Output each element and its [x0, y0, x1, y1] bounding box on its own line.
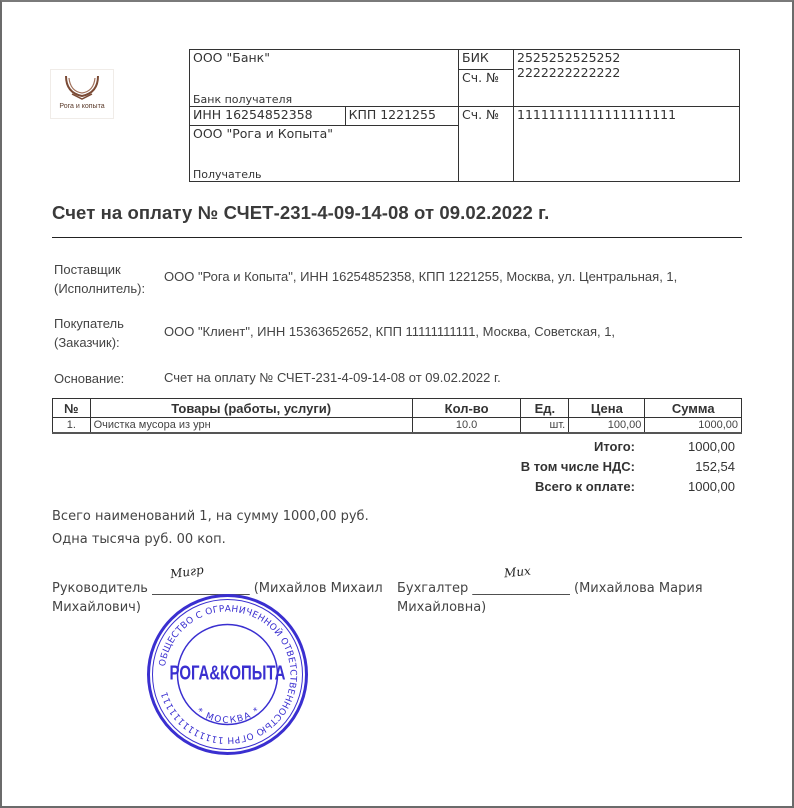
bik-value: 2525252525252	[517, 50, 736, 65]
bank-account-value: 2222222222222	[517, 65, 736, 80]
col-number: №	[53, 399, 91, 418]
buyer-label: Покупатель (Заказчик):	[54, 314, 124, 352]
accountant-name-2: Михайловна)	[397, 600, 486, 615]
svg-text:* МОСКВА *: * МОСКВА *	[195, 705, 263, 726]
col-goods: Товары (работы, услуги)	[90, 399, 412, 418]
total-row: Итого: 1000,00	[435, 436, 735, 456]
recipient-name: ООО "Рога и Копыта"	[190, 126, 459, 164]
buyer-value: ООО "Клиент", ИНН 15363652652, КПП 11111…	[164, 324, 615, 339]
col-unit: Ед.	[521, 399, 569, 418]
col-price: Цена	[569, 399, 645, 418]
stamp-bottom-text: * МОСКВА *	[195, 705, 263, 726]
recipient-label: Получатель	[190, 164, 459, 182]
vat-label: В том числе НДС:	[435, 459, 635, 474]
totals-block: Итого: 1000,00 В том числе НДС: 152,54 В…	[435, 436, 735, 496]
accountant-line: _______________	[472, 581, 570, 596]
recipient-inn: ИНН 16254852358	[190, 107, 346, 126]
bank-label: Банк получателя	[190, 90, 459, 107]
bik-label: БИК	[459, 50, 514, 70]
director-label: Руководитель	[52, 581, 148, 596]
recipient-account-label: Сч. №	[459, 107, 514, 182]
logo-text: Рога и копыта	[51, 103, 113, 110]
accountant-label: Бухгалтер	[397, 581, 468, 596]
title-divider	[52, 237, 742, 238]
total-value: 1000,00	[635, 439, 735, 454]
due-label: Всего к оплате:	[435, 479, 635, 494]
goods-table-header: № Товары (работы, услуги) Кол-во Ед. Цен…	[53, 399, 742, 418]
col-quantity: Кол-во	[412, 399, 521, 418]
invoice-title: Счет на оплату № СЧЕТ-231-4-09-14-08 от …	[52, 202, 549, 224]
basis-label: Основание:	[54, 369, 124, 388]
row-goods: Очистка мусора из урн	[90, 418, 412, 434]
recipient-account-value: 11111111111111111111	[514, 107, 740, 182]
bik-and-account-cell: 2525252525252 2222222222222	[514, 50, 740, 107]
company-stamp: ОБЩЕСТВО С ОГРАНИЧЕННОЙ ОТВЕТСТВЕННОСТЬЮ…	[145, 592, 310, 757]
stamp-center-text: РОГА&КОПЫТА	[170, 662, 286, 685]
supplier-label: Поставщик (Исполнитель):	[54, 260, 145, 298]
accountant-signature-block: Бухгалтер _______________ (Михайлова Мар…	[397, 579, 742, 617]
basis-value: Счет на оплату № СЧЕТ-231-4-09-14-08 от …	[164, 370, 501, 385]
due-row: Всего к оплате: 1000,00	[435, 476, 735, 496]
bank-account-label: Сч. №	[459, 70, 514, 90]
horns-icon	[62, 74, 102, 102]
vat-value: 152,54	[635, 459, 735, 474]
accountant-name-1: (Михайлова Мария	[574, 581, 703, 596]
row-quantity: 10.0	[412, 418, 521, 434]
table-row: 1. Очистка мусора из урн 10.0 шт. 100,00…	[53, 418, 742, 434]
summary-count: Всего наименований 1, на сумму 1000,00 р…	[52, 509, 369, 524]
accountant-signature: Мих	[503, 564, 531, 581]
bank-details-table: ООО "Банк" БИК 2525252525252 22222222222…	[189, 49, 740, 182]
recipient-kpp: КПП 1221255	[345, 107, 458, 126]
bank-name: ООО "Банк"	[190, 50, 459, 90]
col-sum: Сумма	[645, 399, 742, 418]
document-page: Рога и копыта ООО "Банк" БИК 25252525252…	[0, 0, 794, 808]
goods-table: № Товары (работы, услуги) Кол-во Ед. Цен…	[52, 398, 742, 434]
row-sum: 1000,00	[645, 418, 742, 434]
supplier-value: ООО "Рога и Копыта", ИНН 16254852358, КП…	[164, 269, 677, 284]
due-value: 1000,00	[635, 479, 735, 494]
director-name-2: Михайлович)	[52, 600, 141, 615]
summary-amount-words: Одна тысяча руб. 00 коп.	[52, 532, 226, 547]
row-price: 100,00	[569, 418, 645, 434]
total-label: Итого:	[435, 439, 635, 454]
company-logo: Рога и копыта	[50, 69, 114, 119]
vat-row: В том числе НДС: 152,54	[435, 456, 735, 476]
row-unit: шт.	[521, 418, 569, 434]
row-number: 1.	[53, 418, 91, 434]
